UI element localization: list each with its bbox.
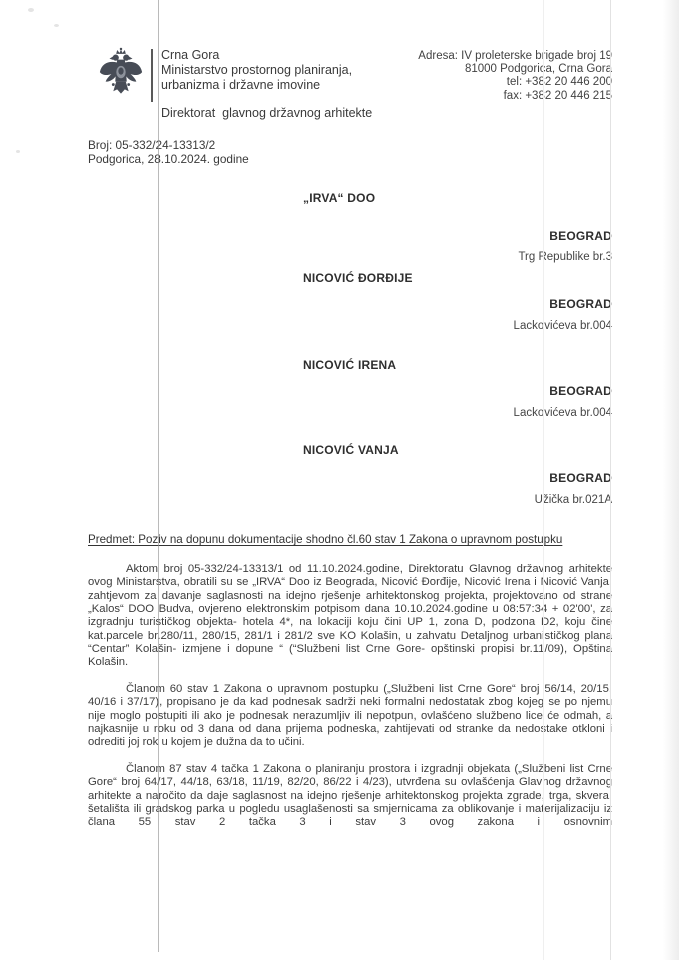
scan-speck — [28, 8, 34, 12]
scan-edge-shadow — [663, 0, 679, 960]
address-line: Adresa: IV proleterske brigade broj 19 — [418, 50, 612, 63]
directorate-name: Direktorat glavnog državnog arhitekte — [161, 106, 372, 120]
vertical-fold-line — [158, 0, 159, 952]
montenegro-coat-of-arms-icon — [97, 46, 145, 102]
address-line: 81000 Podgorica, Crna Gora — [418, 63, 612, 76]
recipient-name: NICOVIĆ ĐORĐIJE — [303, 271, 413, 285]
letterhead-divider-bar — [151, 49, 153, 102]
fax-line: fax: +382 20 446 215 — [418, 90, 612, 103]
recipient-address: Trg Republike br.3 — [518, 251, 612, 263]
scan-speck — [16, 150, 20, 153]
country-name: Crna Gora — [161, 48, 352, 63]
recipient-name: NICOVIĆ IRENA — [303, 358, 396, 372]
recipient-city: BEOGRAD — [549, 471, 612, 485]
recipient-address: Lackovićeva br.004 — [514, 320, 612, 332]
scan-crease-line — [610, 0, 611, 960]
reference-block: Broj: 05-332/24-13313/2 Podgorica, 28.10… — [88, 139, 249, 167]
ministry-name-line1: Ministarstvo prostornog planiranja, — [161, 63, 352, 78]
subject-line: Predmet: Poziv na dopunu dokumentacije s… — [88, 533, 612, 546]
body-paragraph-1: Aktom broj 05-332/24-13313/1 od 11.10.20… — [88, 563, 612, 670]
recipient-city: BEOGRAD — [549, 229, 612, 243]
recipient-address: Užička br.021A — [535, 494, 612, 506]
document-number: Broj: 05-332/24-13313/2 — [88, 139, 249, 153]
scan-speck — [54, 24, 59, 27]
ministry-name-line2: urbanizma i državne imovine — [161, 78, 352, 93]
letterhead: Crna Gora Ministarstvo prostornog planir… — [161, 48, 352, 93]
scan-crease-line-faint — [543, 0, 544, 960]
recipient-city: BEOGRAD — [549, 384, 612, 398]
body-paragraph-2: Članom 60 stav 1 Zakona o upravnom postu… — [88, 683, 612, 750]
ministry-address-block: Adresa: IV proleterske brigade broj 19 8… — [418, 50, 612, 103]
scanned-letter-page: Crna Gora Ministarstvo prostornog planir… — [0, 0, 679, 960]
recipient-address: Lackovićeva br.004 — [514, 407, 612, 419]
recipient-name: NICOVIĆ VANJA — [303, 443, 399, 457]
place-and-date: Podgorica, 28.10.2024. godine — [88, 153, 249, 167]
recipient-name: „IRVA“ DOO — [303, 191, 375, 205]
phone-line: tel: +382 20 446 200 — [418, 76, 612, 89]
body-paragraph-3: Članom 87 stav 4 tačka 1 Zakona o planir… — [88, 763, 612, 830]
recipient-city: BEOGRAD — [549, 297, 612, 311]
